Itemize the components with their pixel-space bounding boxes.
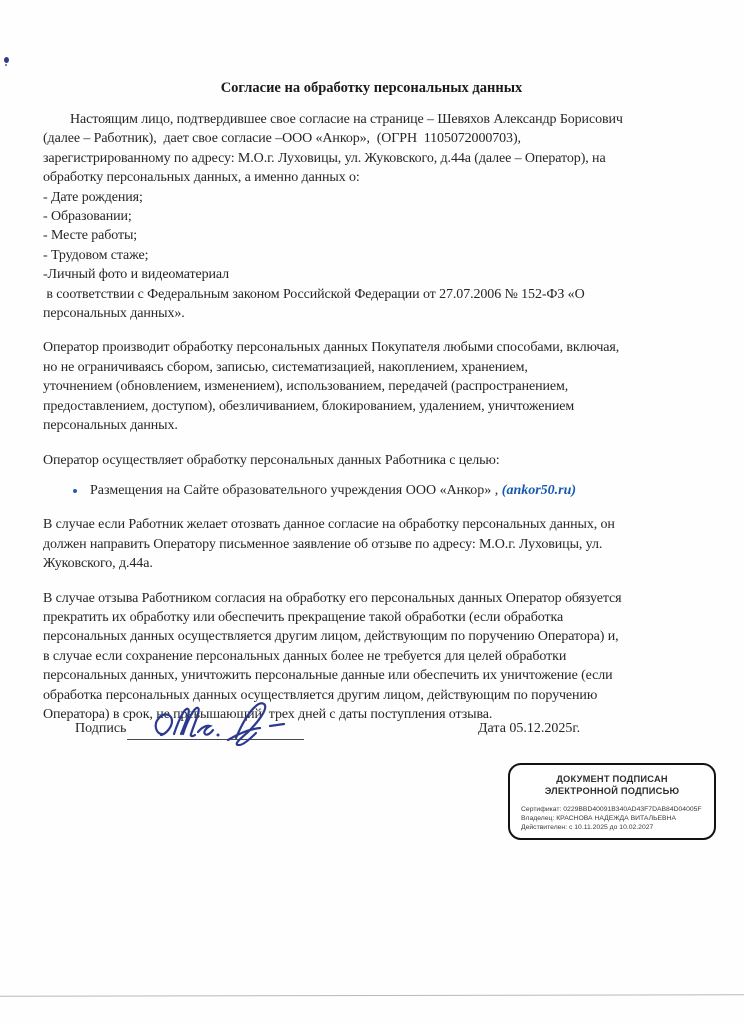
law-clause: в соответствии с Федеральным законом Рос…: [43, 285, 700, 324]
stamp-validity: Действителен: с 10.11.2025 до 10.02.2027: [510, 824, 714, 833]
stamp-title: ДОКУМЕНТ ПОДПИСАН ЭЛЕКТРОННОЙ ПОДПИСЬЮ: [510, 774, 714, 797]
document-content: Согласие на обработку персональных данны…: [0, 0, 744, 724]
stamp-certificate: Сертификат: 0229BBD40091B340AD43F7DAB84D…: [510, 806, 714, 815]
paragraph-withdrawal: В случае если Работник желает отозвать д…: [43, 515, 700, 573]
bullet-dot-icon: [73, 489, 77, 493]
ink-mark: [4, 57, 9, 63]
date-text: Дата 05.12.2025г.: [478, 721, 580, 737]
handwritten-signature-icon: [150, 694, 310, 746]
paragraph-purpose: Оператор осуществляет обработку персонал…: [43, 451, 700, 470]
paragraph-revocation: В случае отзыва Работником согласия на о…: [43, 589, 700, 725]
paragraph-processing: Оператор производит обработку персональн…: [43, 338, 700, 435]
signature-label: Подпись: [75, 721, 126, 737]
document-page: Согласие на обработку персональных данны…: [0, 0, 744, 1024]
bullet-text: Размещения на Сайте образовательного учр…: [90, 483, 502, 498]
scan-edge-line: [0, 994, 744, 997]
site-link[interactable]: (ankor50.ru): [502, 483, 576, 498]
stamp-owner: Владелец: КРАСНОВА НАДЕЖДА ВИТАЛЬЕВНА: [510, 815, 714, 824]
personal-data-list: - Дате рождения; - Образовании; - Месте …: [43, 188, 700, 285]
electronic-signature-stamp: ДОКУМЕНТ ПОДПИСАН ЭЛЕКТРОННОЙ ПОДПИСЬЮ С…: [508, 763, 716, 840]
bullet-item: Размещения на Сайте образовательного учр…: [43, 481, 700, 500]
doc-title: Согласие на обработку персональных данны…: [43, 80, 700, 97]
paragraph-intro: Настоящим лицо, подтвердившее свое согла…: [43, 110, 700, 188]
